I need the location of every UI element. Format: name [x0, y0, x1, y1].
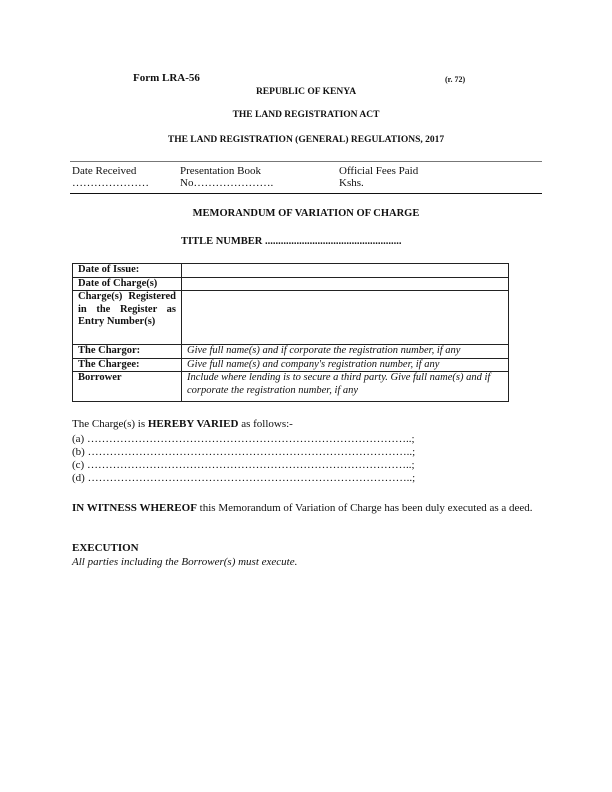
- official-fees-value: Kshs.: [339, 177, 418, 189]
- table-row: Borrower Include where lending is to sec…: [73, 372, 509, 402]
- table-row: The Chargee: Give full name(s) and compa…: [73, 358, 509, 372]
- variation-item-c[interactable]: (c) ……………………………………………………………………………..;: [72, 459, 415, 472]
- variation-intro-suffix: as follows:-: [238, 418, 292, 430]
- act-heading: THE LAND REGISTRATION ACT: [0, 110, 612, 120]
- date-of-charge-label: Date of Charge(s): [73, 277, 182, 291]
- republic-heading: REPUBLIC OF KENYA: [0, 87, 612, 97]
- entry-numbers-label: Charge(s) Registered in the Register as …: [73, 291, 182, 345]
- variation-item-a[interactable]: (a) ……………………………………………………………………………..;: [72, 433, 415, 446]
- chargee-label: The Chargee:: [73, 358, 182, 372]
- table-row: Date of Charge(s): [73, 277, 509, 291]
- execution-heading: EXECUTION: [72, 542, 139, 554]
- regulations-heading: THE LAND REGISTRATION (GENERAL) REGULATI…: [0, 135, 612, 145]
- borrower-label: Borrower: [73, 372, 182, 402]
- chargor-value[interactable]: Give full name(s) and if corporate the r…: [182, 345, 509, 359]
- date-received-field[interactable]: Date Received …………………: [72, 165, 149, 189]
- charge-details-table: Date of Issue: Date of Charge(s) Charge(…: [72, 263, 509, 402]
- variation-intro-bold: HEREBY VARIED: [148, 418, 239, 430]
- entry-numbers-value[interactable]: [182, 291, 509, 345]
- presentation-book-field[interactable]: Presentation Book No………………….: [180, 165, 273, 189]
- chargee-value[interactable]: Give full name(s) and company's registra…: [182, 358, 509, 372]
- date-received-label: Date Received: [72, 165, 149, 177]
- memorandum-title: MEMORANDUM OF VARIATION OF CHARGE: [0, 208, 612, 219]
- date-received-value: …………………: [72, 177, 149, 189]
- presentation-book-label: Presentation Book: [180, 165, 273, 177]
- date-of-charge-value[interactable]: [182, 277, 509, 291]
- variation-item-b[interactable]: (b) ……………………………………………………………………………..;: [72, 446, 415, 459]
- form-code: Form LRA-56: [133, 72, 200, 84]
- chargor-label: The Chargor:: [73, 345, 182, 359]
- divider-top: [70, 161, 542, 162]
- variation-item-d[interactable]: (d) ……………………………………………………………………………..;: [72, 472, 415, 485]
- witness-bold: IN WITNESS WHEREOF: [72, 502, 197, 514]
- borrower-value[interactable]: Include where lending is to secure a thi…: [182, 372, 509, 402]
- presentation-book-value: No………………….: [180, 177, 273, 189]
- variation-intro-prefix: The Charge(s) is: [72, 418, 148, 430]
- rule-reference: (r. 72): [445, 75, 465, 84]
- official-fees-field[interactable]: Official Fees Paid Kshs.: [339, 165, 418, 189]
- date-of-issue-label: Date of Issue:: [73, 264, 182, 278]
- table-row: Charge(s) Registered in the Register as …: [73, 291, 509, 345]
- witness-text: this Memorandum of Variation of Charge h…: [197, 502, 533, 514]
- title-number-field[interactable]: TITLE NUMBER ...........................…: [181, 236, 402, 247]
- date-of-issue-value[interactable]: [182, 264, 509, 278]
- divider-bottom: [70, 193, 542, 194]
- table-row: The Chargor: Give full name(s) and if co…: [73, 345, 509, 359]
- witness-clause: IN WITNESS WHEREOF this Memorandum of Va…: [72, 501, 542, 515]
- execution-note: All parties including the Borrower(s) mu…: [72, 556, 297, 568]
- official-fees-label: Official Fees Paid: [339, 165, 418, 177]
- variation-intro: The Charge(s) is HEREBY VARIED as follow…: [72, 418, 293, 430]
- table-row: Date of Issue:: [73, 264, 509, 278]
